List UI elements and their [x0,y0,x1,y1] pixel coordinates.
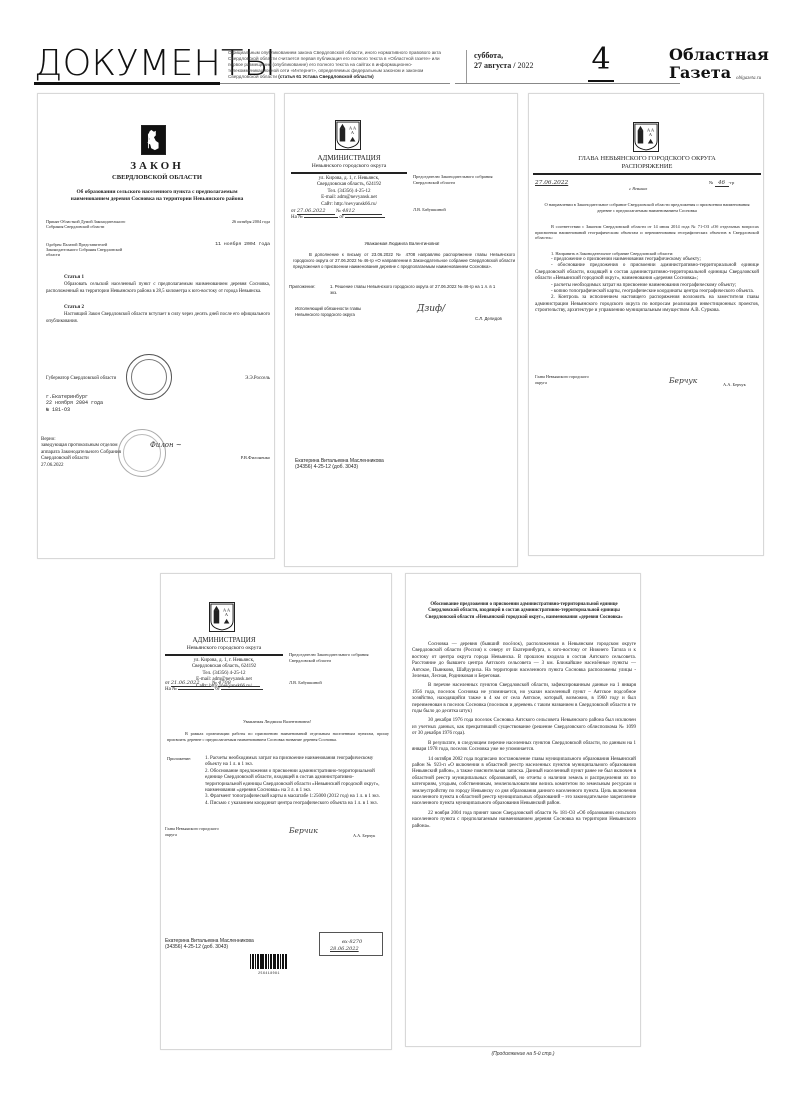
barcode-bar [280,954,281,969]
coat-of-arms-emblem [141,125,166,155]
order-number-block: № 46-гр [709,180,734,187]
justification-heading: Обоснование предложения о присвоении адм… [416,602,632,621]
masthead-rule-right [455,83,680,84]
article-2-text: Настоящий Закон Свердловской области вст… [46,312,270,326]
attachment-item: 1. Расчеты необходимых затрат на присвое… [205,756,387,769]
certifier-name: Р.В.Филоненко [218,455,270,461]
issue-date: суббота, 27 августа / 2022 [474,51,534,71]
addressee-name: Л.В. Бабушкиной [289,680,322,686]
approved-label: Одобрен Палатой Представителей Законодат… [46,242,136,258]
justification-paragraph: В перечне населенных пунктов Свердловско… [412,683,636,715]
addressee-title: Председателю Законодательного собрания С… [289,652,385,663]
number-label: № [336,209,341,214]
org-subtitle: Невьянского городского округа [291,163,407,170]
addressee-title: Председателю Законодательного собрания С… [413,174,509,185]
order-date: 27.06.2022 [535,180,568,186]
greeting: Уважаемая Людмила Валентиновна! [161,719,392,725]
law-number: № 181-ОЗ [46,407,103,413]
governor-name: Э.Э.Россель [228,376,270,382]
order-bullet-list: - предложение о присвоении наименования … [535,257,759,315]
org-subtitle: Невьянского городского округа [165,645,283,652]
nevyansk-coat-of-arms: A AA [633,122,659,152]
order-signer-name: А.А. Берчук [723,382,746,388]
page-number-underline [588,80,614,82]
document-request-letter-scan: A AA АДМИНИСТРАЦИЯ Невьянского городског… [160,573,392,1050]
law-signing-info: г.Екатеринбург 22 ноября 2004 года № 181… [46,394,103,413]
article-1-title: Статья 1 [64,275,84,281]
order-item-2: 2. Контроль за исполнением настоящего ра… [535,295,759,314]
law-heading: Об образовании сельского населенного пун… [60,189,254,202]
org-title: АДМИНИСТРАЦИЯ [293,154,405,162]
logo-line-1: Областная [669,46,769,64]
masthead-divider [466,50,467,84]
governor-title: Губернатор Свердловской области [46,376,116,382]
org-address: ул. Кирова, д. 1, г. Невьянск, Свердловс… [295,176,403,208]
nevyansk-coat-of-arms: A AA [209,602,235,632]
order-signer-title: Глава Невьянского городского округа [535,374,595,385]
order-preamble: В соответствии с Законом Свердловской об… [535,224,759,241]
official-seal [126,354,172,400]
justification-paragraph: В результате, в следующем перечне населе… [412,741,636,754]
publication-notice: Официальным опубликованием закона Свердл… [228,50,453,80]
from-label: от [291,209,296,214]
issue-weekday: суббота, [474,51,534,61]
justification-body: Сосновка — деревня (бывший посёлок), рас… [412,642,636,833]
page-number: 4 [586,42,616,78]
order-bullet: - обоснование предложения о присвоении а… [535,263,759,282]
order-place: г. Невьянск [629,186,647,192]
signer-name: А.А. Берчук [353,833,375,839]
executor-info: Екатерина Витальевна Масленникова (34356… [165,938,254,951]
justification-paragraph: Сосновка — деревня (бывший посёлок), рас… [412,642,636,680]
document-justification-scan: Обоснование предложения о присвоении адм… [405,573,641,1047]
executor-phone: (34356) 4-25-12 (доб. 3043) [165,944,254,950]
masthead-rule [220,83,450,84]
barcode-bar [255,954,256,969]
document-cover-letter-scan: A AA АДМИНИСТРАЦИЯ Невьянского городског… [284,93,518,567]
letter-body: В дополнение к письму от 23.06.2022 № 47… [293,252,515,269]
executor-info: Екатерина Витальевна Масленникова (34356… [295,458,384,471]
document-barcode [250,954,288,969]
outgoing-reference: от 27.06.2022 № 4812 На № от [291,208,413,222]
document-order-scan: A AA ГЛАВА НЕВЬЯНСКОГО ГОРОДСКОГО ОКРУГА… [528,93,764,556]
org-title: АДМИНИСТРАЦИЯ [167,636,281,644]
number-label: № [212,681,217,686]
article-1-text: Образовать сельский населенный пункт с п… [46,282,270,296]
order-item-1: 1. Направить в Законодательное собрание … [551,251,673,257]
justification-paragraph: 14 октября 2002 года подписано постановл… [412,757,636,808]
letterhead-rule [291,172,407,174]
barcode-number: 256418081 [247,970,291,976]
signer-title: Исполняющий обязанности главы Невьянског… [295,306,375,317]
adopted-date: 26 октября 2004 года [198,219,270,225]
attachment-item: 2. Обоснование предложения о присвоении … [205,769,387,795]
certified-date: 27.06.2022 [41,463,133,469]
document-law-scan: ЗАКОН СВЕРДЛОВСКОЙ ОБЛАСТИ Об образовани… [37,93,275,559]
order-number-suffix: -гр [729,180,735,185]
site-url[interactable]: oblgazeta.ru [736,76,761,81]
registration-stamp: вх-8270 28.06.2022 [319,932,383,956]
barcode-bar [250,954,251,969]
issue-year: 2022 [518,61,534,70]
barcode-bar [286,954,287,969]
letter-number: 4708 [218,680,260,687]
order-header-rule [533,173,761,175]
order-signature: Берчук [669,378,697,384]
ref-label: На № [291,215,303,220]
signer-signature: Дзиф/ [417,306,445,312]
notice-reference: (статья 61 Устава Свердловской области) [278,74,373,79]
order-number: 46 [715,180,729,187]
letter-body: В рамках организации работы по присвоени… [167,731,389,743]
approved-date: 11 ноября 2004 года [188,242,270,248]
attachment-list: 1. Расчеты необходимых затрат на присвое… [205,756,387,807]
section-title-underline [34,82,220,85]
signer-name: С.Л. Делидов [475,316,502,322]
from-label: от [165,681,170,686]
masthead: ДОКУМЕНТЫ Официальным опубликованием зак… [0,0,800,90]
attachment-label: Приложение: [289,284,329,290]
letterhead-rule [165,654,283,656]
ref-from-label: от [215,687,220,692]
continuation-note: (Продолжение на 5-й стр.) [400,1051,646,1057]
justification-paragraph: 22 ноября 2004 года принят закон Свердло… [412,811,636,830]
order-type: РАСПОРЯЖЕНИЕ [529,163,764,171]
barcode-bar [285,954,286,969]
attachment-item: 1. Решение главы Невьянского городского … [330,284,500,296]
attachment-item: 3. Фрагмент топографической карты в масш… [205,794,387,800]
executor-phone: (34356) 4-25-12 (доб. 3043) [295,464,384,470]
outgoing-reference: от 21.06.2022 № 4708 На № от [165,680,291,694]
nevyansk-coat-of-arms: A AA [335,120,361,150]
registration-number: вх-8270 [342,939,362,945]
signing-date: 22 ноября 2004 года [46,400,103,406]
certified-by: заведующая протокольным отделом аппарата… [41,443,133,462]
attachment-item: 4. Письмо с указанием координат центра г… [205,801,387,807]
law-subtitle: СВЕРДЛОВСКОЙ ОБЛАСТИ [38,174,275,182]
ref-from-label: от [339,215,344,220]
law-title: ЗАКОН [38,160,275,172]
issue-day-month: 27 августа / [474,61,516,70]
signer-signature: Берчик [289,828,318,834]
registration-date: 28.06.2022 [330,946,359,952]
order-heading: О направлении в Законодательное собрание… [543,202,751,213]
letter-number: 4812 [342,208,382,215]
ref-label: На № [165,687,177,692]
greeting: Уважаемая Людмила Валентиновна! [285,241,518,247]
certifier-signature: Филон ~ [150,442,182,448]
attachment-label: Приложение: [167,756,203,762]
article-2-title: Статья 2 [64,305,84,311]
order-authority: ГЛАВА НЕВЬЯНСКОГО ГОРОДСКОГО ОКРУГА [529,155,764,163]
adopted-label: Принят Областной Думой Законодательного … [46,219,126,229]
certification-block: Верно: заведующая протокольным отделом а… [41,437,133,469]
order-number-label: № [709,180,713,185]
signer-title: Глава Невьянского городского округа [165,826,225,837]
addressee-name: Л.В. Бабушкиной [413,207,446,213]
justification-paragraph: 30 декабря 1976 года поселок Сосновка Ая… [412,718,636,737]
